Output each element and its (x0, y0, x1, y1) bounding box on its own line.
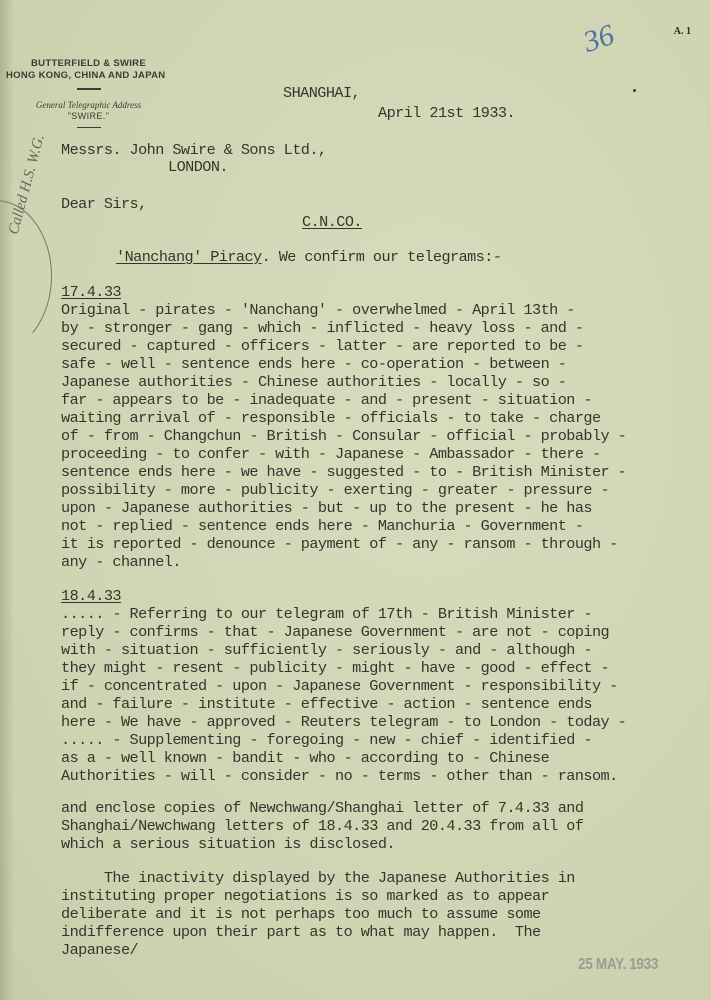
subject-line: C.N.CO. (302, 213, 362, 231)
letterhead-company: BUTTERFIELD & SWIRE (6, 58, 171, 70)
telegram-line: upon - Japanese authorities - but - up t… (61, 499, 626, 517)
telegram-line: and - failure - institute - effective - … (61, 695, 626, 713)
salutation: Dear Sirs, (61, 195, 147, 213)
telegram-line: as a - well known - bandit - who - accor… (61, 749, 626, 767)
telegram-line: sentence ends here - we have - suggested… (61, 463, 626, 481)
telegram-line: by - stronger - gang - which - inflicted… (61, 319, 626, 337)
telegram-date: 17.4.33 (61, 283, 626, 301)
page-label: A. 1 (674, 26, 691, 37)
letterhead-divider-bottom (77, 127, 101, 128)
telegram-line: with - situation - sufficiently - seriou… (61, 641, 626, 659)
telegram-line: safe - well - sentence ends here - co-op… (61, 355, 626, 373)
telegram-line: ..... - Supplementing - foregoing - new … (61, 731, 626, 749)
recipient-city: LONDON. (168, 158, 228, 176)
telegram-line: they might - resent - publicity - might … (61, 659, 626, 677)
intro-rest: . We confirm our telegrams:- (262, 248, 502, 266)
paragraph-line: indifference upon their part as to what … (61, 923, 575, 941)
intro-underlined: 'Nanchang' Piracy (116, 248, 262, 266)
telegram-line: here - We have - approved - Reuters tele… (61, 713, 626, 731)
recipient-name: Messrs. John Swire & Sons Ltd., (61, 141, 326, 159)
paragraph-line: and enclose copies of Newchwang/Shanghai… (61, 799, 583, 817)
paragraph-line: deliberate and it is not perhaps too muc… (61, 905, 575, 923)
telegram-date: 18.4.33 (61, 587, 626, 605)
paragraph-line: which a serious situation is disclosed. (61, 835, 583, 853)
enclosure-paragraph: and enclose copies of Newchwang/Shanghai… (61, 799, 583, 853)
telegram-17-4-33: 17.4.33 Original - pirates - 'Nanchang' … (61, 283, 626, 571)
telegram-line: if - concentrated - upon - Japanese Gove… (61, 677, 626, 695)
letterhead-divider (77, 88, 101, 90)
letterhead-telegraphic-address: "SWIRE." (6, 111, 171, 122)
telegram-line: waiting arrival of - responsible - offic… (61, 409, 626, 427)
telegram-line: Japanese authorities - Chinese authoriti… (61, 373, 626, 391)
telegram-line: reply - confirms - that - Japanese Gover… (61, 623, 626, 641)
intro-line: 'Nanchang' Piracy. We confirm our telegr… (116, 248, 501, 266)
telegram-line: ..... - Referring to our telegram of 17t… (61, 605, 626, 623)
header-city: SHANGHAI, (283, 84, 360, 102)
telegram-line: any - channel. (61, 553, 626, 571)
folio-number: 36 (579, 18, 618, 60)
paragraph-line: Japanese/ (61, 941, 575, 959)
telegram-line: secured - captured - officers - latter -… (61, 337, 626, 355)
letterhead-telegraphic-label: General Telegraphic Address (6, 100, 171, 111)
closing-paragraph: The inactivity displayed by the Japanese… (61, 869, 575, 959)
header-date: April 21st 1933. (378, 104, 515, 122)
margin-handwritten-note: Called H.S. W.G. (0, 131, 56, 239)
received-date-stamp: 25 MAY. 1933 (578, 956, 658, 974)
telegram-line: Original - pirates - 'Nanchang' - overwh… (61, 301, 626, 319)
telegram-line: far - appears to be - inadequate - and -… (61, 391, 626, 409)
telegram-line: Authorities - will - consider - no - ter… (61, 767, 626, 785)
paragraph-line: instituting proper negotiations is so ma… (61, 887, 575, 905)
telegram-line: proceeding - to confer - with - Japanese… (61, 445, 626, 463)
paragraph-line: Shanghai/Newchwang letters of 18.4.33 an… (61, 817, 583, 835)
letterhead: BUTTERFIELD & SWIRE HONG KONG, CHINA AND… (6, 58, 171, 128)
paragraph-line: The inactivity displayed by the Japanese… (61, 869, 575, 887)
telegram-line: it is reported - denounce - payment of -… (61, 535, 626, 553)
telegram-line: not - replied - sentence ends here - Man… (61, 517, 626, 535)
telegram-18-4-33: 18.4.33 ..... - Referring to our telegra… (61, 587, 626, 785)
telegram-line: possibility - more - publicity - exertin… (61, 481, 626, 499)
ink-dot (633, 89, 636, 92)
letterhead-region: HONG KONG, CHINA AND JAPAN (6, 70, 171, 82)
telegram-line: of - from - Changchun - British - Consul… (61, 427, 626, 445)
